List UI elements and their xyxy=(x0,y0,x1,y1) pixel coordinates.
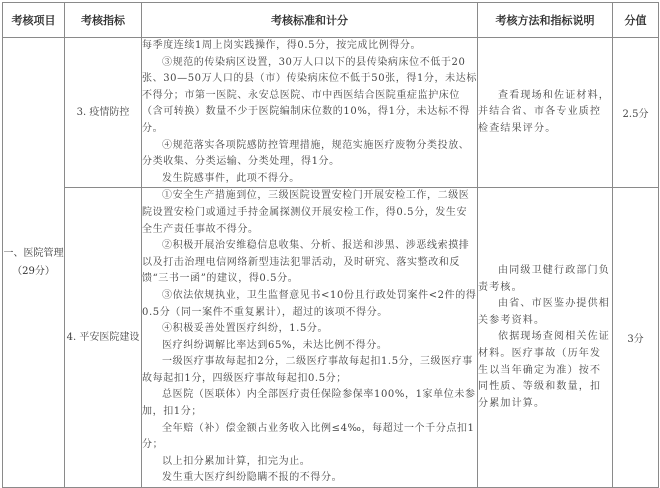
score-value: 2.5分 xyxy=(623,109,649,120)
assessment-table: 考核项目 考核指标 考核标准和计分 考核方法和指标说明 分值 一、医院管理（29… xyxy=(2,2,659,426)
category-cell: 一、医院管理（29分） xyxy=(3,38,65,427)
method-line: 依据现场查阅相关佐证材料。医疗事故（历年发生以当年确定为准）按不同性质、等级和数… xyxy=(478,329,612,412)
score-value: 3分 xyxy=(627,334,643,345)
header-indicator: 考核指标 xyxy=(65,3,142,38)
standard-line: 每季度连续1周上岗实践操作，得0.5分，按完成比例得分。 xyxy=(142,38,477,55)
standard-line: ③规范的传染病区设置，30万人口以下的县传染病床位不低于20张、30—50万人口… xyxy=(142,55,477,138)
standard-line: ②积极开展治安维稳信息收集、分析、报送和涉黑、涉恶线索摸排以及打击治理电信网络新… xyxy=(142,238,477,288)
header-item: 考核项目 xyxy=(3,3,65,38)
score-cell: 3分 xyxy=(613,188,659,426)
header-standard: 考核标准和计分 xyxy=(142,3,478,38)
standard-line: 医疗纠纷调解比率达到65%，未达比例不得分。 xyxy=(142,338,477,355)
table-row: 一、医院管理（29分） 3. 疫情防控 每季度连续1周上岗实践操作，得0.5分，… xyxy=(3,38,659,188)
method-cell: 由同级卫健行政部门负责考核。 由省、市医鉴办提供相关参考资料。 依据现场查阅相关… xyxy=(478,188,613,426)
score-cell: 2.5分 xyxy=(613,38,659,188)
category-label: 一、医院管理（29分） xyxy=(4,248,64,277)
standard-line: 总医院（医联体）内全部医疗责任保险参保率100%，1家单位未参加，扣1分； xyxy=(142,387,477,420)
standard-line: 全年赔（补）偿金额占业务收入比例≤4‰，每超过一个千分点扣1分； xyxy=(142,421,477,426)
method-line: 由省、市医鉴办提供相关参考资料。 xyxy=(478,296,612,329)
standard-line: ③依法依规执业，卫生监督意见书<10份且行政处罚案件<2件的得0.5分（同一案件… xyxy=(142,288,477,321)
indicator-cell: 4. 平安医院建设 xyxy=(65,188,142,426)
method-line: 查看现场和佐证材料，并结合省、市各专业质控检查结果评分。 xyxy=(478,88,612,138)
standard-line: ①安全生产措施到位，三级医院设置安检门开展安检工作，二级医院设置安检门或通过手持… xyxy=(142,188,477,238)
standard-line: 发生院感事件，此项不得分。 xyxy=(142,171,477,188)
standard-cell: ①安全生产措施到位，三级医院设置安检门开展安检工作，二级医院设置安检门或通过手持… xyxy=(142,188,478,426)
header-score: 分值 xyxy=(613,3,659,38)
header-method: 考核方法和指标说明 xyxy=(478,3,613,38)
method-cell: 查看现场和佐证材料，并结合省、市各专业质控检查结果评分。 xyxy=(478,38,613,188)
standard-cell: 每季度连续1周上岗实践操作，得0.5分，按完成比例得分。 ③规范的传染病区设置，… xyxy=(142,38,478,188)
indicator-label: 4. 平安医院建设 xyxy=(67,332,140,343)
indicator-cell: 3. 疫情防控 xyxy=(65,38,142,188)
standard-line: ④积极妥善处置医疗纠纷，1.5分。 xyxy=(142,321,477,338)
table-header-row: 考核项目 考核指标 考核标准和计分 考核方法和指标说明 分值 xyxy=(3,3,659,38)
indicator-label: 3. 疫情防控 xyxy=(77,107,130,118)
standard-line: 一级医疗事故每起扣2分，二级医疗事故每起扣1.5分，三级医疗事故每起扣1分，四级… xyxy=(142,354,477,387)
method-line: 由同级卫健行政部门负责考核。 xyxy=(478,263,612,296)
standard-line: ④规范落实各项院感防控管理措施，规范实施医疗废物分类投放、分类收集、分类运输、分… xyxy=(142,138,477,171)
table-row: 4. 平安医院建设 ①安全生产措施到位，三级医院设置安检门开展安检工作，二级医院… xyxy=(3,188,659,426)
